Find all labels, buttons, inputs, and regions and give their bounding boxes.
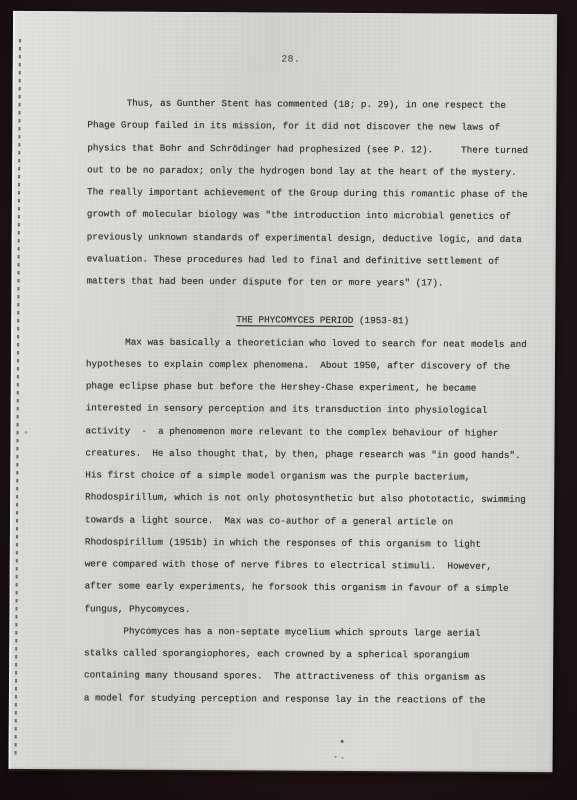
ink-speck <box>25 431 28 434</box>
text-line: fungus, Phycomyces. <box>84 598 554 623</box>
section-heading-underlined: THE PHYCOMYCES PERIOD <box>236 314 353 326</box>
text-line: Phage Group failed in its mission, for i… <box>87 115 557 140</box>
text-line: creatures. He also thought that, by then… <box>85 442 555 467</box>
text-line: Max was basically a theoretician who lov… <box>86 331 556 356</box>
text-line: Rhodospirillum, which is not only photos… <box>85 487 555 512</box>
document-page: 28. Thus, as Gunther Stent has commented… <box>8 11 557 772</box>
page-number: 28. <box>25 52 557 66</box>
text-line: His first choice of a simple model organ… <box>85 464 555 489</box>
text-line: growth of molecular biology was "the int… <box>87 204 557 229</box>
text-line: out to be no paradox; only the hydrogen … <box>87 159 557 184</box>
ink-speck <box>342 757 344 759</box>
text-line: matters that had been under dispute for … <box>86 270 556 295</box>
text-line: stalks called sporangiophores, each crow… <box>84 642 554 667</box>
text-line: phage eclipse phase but before the Hersh… <box>86 375 556 400</box>
text-line: a model for studying perception and resp… <box>84 687 554 712</box>
binding-perforation-line <box>15 39 21 759</box>
text-line: containing many thousand spores. The att… <box>84 665 554 690</box>
ink-speck <box>335 756 337 758</box>
text-line: activity - a phenomenon more relevant to… <box>85 420 555 445</box>
text-line: The really important achievement of the … <box>87 181 557 206</box>
text-line: interested in sensory perception and its… <box>86 398 556 423</box>
text-line: Thus, as Gunther Stent has commented (18… <box>87 92 557 117</box>
text-line: were compared with those of nerve fibres… <box>85 553 555 578</box>
text-line: Rhodospirillum (1951b) in which the resp… <box>85 531 555 556</box>
text-line: after some early experiments, he forsook… <box>85 576 555 601</box>
text-line: hypotheses to explain complex phenomena.… <box>86 353 556 378</box>
text-line: evaluation. These procedures had led to … <box>87 248 557 273</box>
scanner-background: 28. Thus, as Gunther Stent has commented… <box>0 0 577 800</box>
text-line: previously unknown standards of experime… <box>87 226 557 251</box>
text-line: physics that Bohr and Schrödinger had pr… <box>87 137 557 162</box>
text-line: Phycomyces has a non-septate mycelium wh… <box>84 620 554 645</box>
section-heading: THE PHYCOMYCES PERIOD (1953-81) <box>86 309 556 334</box>
text-line: towards a light source. Max was co-autho… <box>85 509 555 534</box>
ink-speck <box>341 740 344 743</box>
section-heading-dates: (1953-81) <box>353 315 409 326</box>
page-content: Thus, as Gunther Stent has commented (18… <box>84 92 558 712</box>
